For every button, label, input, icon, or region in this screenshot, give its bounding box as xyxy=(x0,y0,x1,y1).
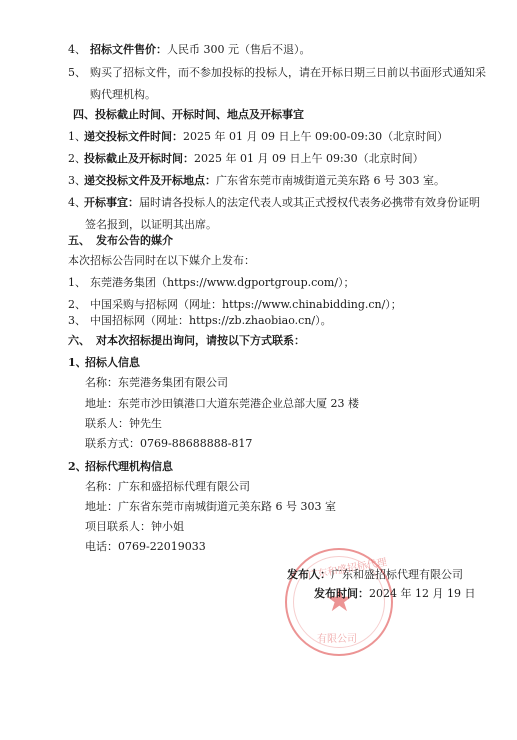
tenderer-address: 地址：东莞市沙田镇港口大道东莞港企业总部大厦 23 楼 xyxy=(85,397,359,411)
company-seal: ★ 广东和盛招标代理 有限公司 xyxy=(285,548,393,656)
opening-matters: 4、开标事宜：届时请各投标人的法定代表人或其正式授权代表务必携带有效身份证明 xyxy=(68,196,480,210)
opening-location: 3、递交投标文件及开标地点：广东省东莞市南城街道元美东路 6 号 303 室。 xyxy=(68,174,445,188)
agency-heading: 2、招标代理机构信息 xyxy=(68,460,173,474)
agency-phone: 电话：0769-22019033 xyxy=(85,540,206,554)
item-5-notice: 5、购买了招标文件，而不参加投标的投标人，请在开标日期三日前以书面形式通知采 xyxy=(68,66,486,80)
media-item: 2、中国采购与招标网（网址：https://www.chinabidding.c… xyxy=(68,298,402,312)
tenderer-heading: 1、招标人信息 xyxy=(68,356,140,370)
deadline-time: 2、投标截止及开标时间：2025 年 01 月 09 日上午 09:30（北京时… xyxy=(68,152,424,166)
agency-name: 名称：广东和盛招标代理有限公司 xyxy=(85,480,250,494)
publisher-line: 发布人：广东和盛招标代理有限公司 xyxy=(287,568,463,582)
item-4-price: 4、招标文件售价：人民币 300 元（售后不退）。 xyxy=(68,43,311,57)
tenderer-contact: 联系人：钟先生 xyxy=(85,417,162,431)
agency-contact: 项目联系人：钟小姐 xyxy=(85,520,184,534)
section-five-title: 五、发布公告的媒介 xyxy=(68,234,173,248)
item-5-notice-cont: 购代理机构。 xyxy=(90,88,156,102)
submit-time: 1、递交投标文件时间：2025 年 01 月 09 日上午 09:00-09:3… xyxy=(68,130,448,144)
seal-text-bottom: 有限公司 xyxy=(317,630,357,645)
media-item: 3、中国招标网（网址：https://zb.zhaobiao.cn/）。 xyxy=(68,314,332,328)
tenderer-name: 名称：东莞港务集团有限公司 xyxy=(85,376,228,390)
media-intro: 本次招标公告同时在以下媒介上发布： xyxy=(68,254,255,268)
section-four-title: 四、投标截止时间、开标时间、地点及开标事宜 xyxy=(73,108,304,122)
tenderer-phone: 联系方式：0769-88688888-817 xyxy=(85,437,252,451)
section-six-title: 六、对本次招标提出询问，请按以下方式联系： xyxy=(68,334,305,348)
media-item: 1、东莞港务集团（https://www.dgportgroup.com/）； xyxy=(68,276,355,290)
opening-matters-cont: 签名报到，以证明其出席。 xyxy=(85,218,217,232)
publish-date-line: 发布时间：2024 年 12 月 19 日 xyxy=(314,587,475,601)
agency-address: 地址：广东省东莞市南城街道元美东路 6 号 303 室 xyxy=(85,500,336,514)
